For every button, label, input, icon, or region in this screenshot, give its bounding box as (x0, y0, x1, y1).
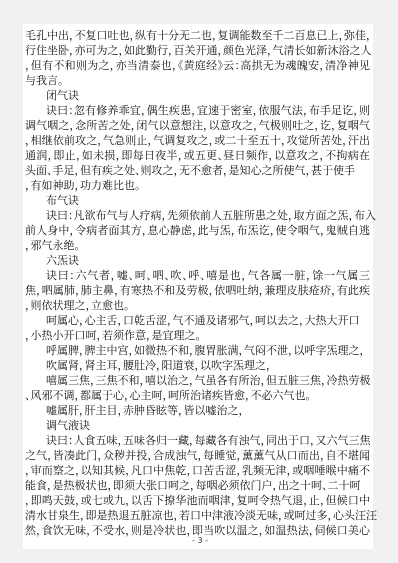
text-line: ，邪气永绝。 (25, 238, 370, 253)
text-line: 嘘属肝，肝主目，赤肿昏眩等，皆以嘘治之， (25, 403, 370, 418)
section-heading: 调气液诀 (25, 418, 370, 433)
document-body: 毛孔中出，不复口吐也，纵有十分无二也，复调能数至千二百息已上，弥佳， 行住坐卧，… (25, 28, 370, 538)
text-line: 吹属肾，肾主耳，腰肚冷，阳道衰，以吹字炁理之， (25, 358, 370, 373)
text-line: 诀曰：六气者，嘘、呵、呬、吹、呼、嘻是也，气各属一脏，馀一气属三 (25, 268, 370, 283)
text-line: 焦，呬属肺，肺主鼻，有寒热不和及劳极，依呬吐纳，兼理皮肤疮疥，有此疾 (25, 283, 370, 298)
text-line: 诀曰：忽有修养乖宜，偶生疾患，宜速于密室，依服气法，布手足讫，则 (25, 103, 370, 118)
text-line: 通润，即止，如未损，即每日夜半，或五更、昼日频作，以意攻之，不拘病在 (25, 148, 370, 163)
text-line: ，即鸣天鼓，或七或九，以舌下撩华池而咽津，复呵令热气退，止，但候口中 (25, 493, 370, 508)
text-line: 清水甘泉生，即是热退五脏凉也，若口中津液冷淡无味，或呵过多，心头汪汪 (25, 508, 370, 523)
section-heading: 六炁诀 (25, 253, 370, 268)
text-line: ，小热小开口呵，若须作意，是宜理之。 (25, 328, 370, 343)
text-line: 毛孔中出，不复口吐也，纵有十分无二也，复调能数至千二百息已上，弥佳， (25, 28, 370, 43)
text-line: 呼属脾，脾主中宫，如微热不和，腹胃胀满，气闷不泄，以呼字炁理之， (25, 343, 370, 358)
section-heading: 布气诀 (25, 193, 370, 208)
text-line: ，但有不和则为之，亦当清泰也，《黄庭经》云：高拱无为魂魄安，清净神见 (25, 58, 370, 73)
text-line: 能食，是热极状也，即须大张口呵之，每咽必须依门户，出之十呵、二十呵 (25, 478, 370, 493)
text-line: 调气咽之，念所苦之处，闭气以意想注，以意攻之，气极则吐之，讫，复咽气 (25, 118, 370, 133)
text-line: 头面、手足，但有疾之处、则攻之，无不愈者，是知心之所使气，甚于使手 (25, 163, 370, 178)
text-line: 、风邪不调，都属于心，心主呵，呵所治诸疾皆愈，不必六气也。 (25, 388, 370, 403)
page-number: - 3 - (0, 536, 398, 546)
text-line: 前人身中，令病者面其方，息心静虑，此与炁，布炁讫，使令咽气，鬼贼自逃 (25, 223, 370, 238)
text-line: 与我言。 (25, 73, 370, 88)
text-line: ，有如神助，功力难比也。 (25, 178, 370, 193)
text-line: 之气，皆凑此门，众秽并投，合成浊气，每睡觉，薰薰气从口而出，自不堪闻 (25, 448, 370, 463)
text-line: 诀曰：人食五味，五味各归一藏，每藏各有浊气，同出于口，又六气三焦 (25, 433, 370, 448)
section-heading: 闭气诀 (25, 88, 370, 103)
text-line: ，审而察之，以知其候，凡口中焦乾，口苦舌涩，乳频无津，或咽唾喉中痛不 (25, 463, 370, 478)
text-line: 呵属心，心主舌，口乾舌涩，气不通及诸邪气，呵以去之，大热大开口 (25, 313, 370, 328)
text-line: 行住坐卧，亦可为之，如此勤行，百关开通，颜色光泽，气清长如新沐浴之人 (25, 43, 370, 58)
text-line: ，相继依前攻之，气急则止，气调复攻之，或二十至五十，攻觉所苦处，汗出 (25, 133, 370, 148)
text-line: ，则依状理之，立愈也。 (25, 298, 370, 313)
text-line: 嘻属三焦，三焦不和，嘻以治之，气虽各有所治，但五脏三焦，冷热劳极 (25, 373, 370, 388)
text-line: 诀曰：凡欲布气与人疗病，先须依前人五脏所患之处，取方面之炁，布入 (25, 208, 370, 223)
